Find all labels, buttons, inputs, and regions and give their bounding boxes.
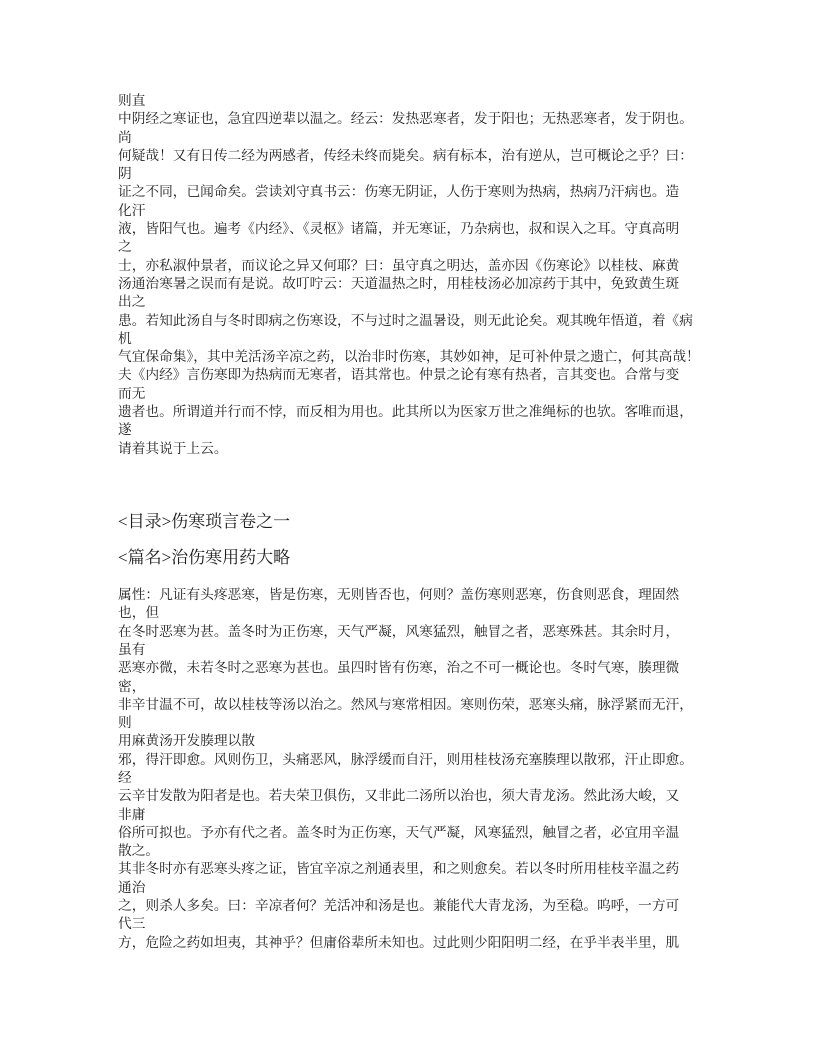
text-line: 阴 <box>118 165 708 183</box>
text-line: 气宜保命集》，其中羌活汤辛凉之药，以治非时伤寒，其妙如神，足可补仲景之遗亡，何其… <box>118 348 708 366</box>
blank-line <box>118 495 708 513</box>
text-line: 属性：凡证有头疼恶寒，皆是伤寒，无则皆否也，何则？盖伤寒则恶寒，伤食则恶食，理固… <box>118 586 708 604</box>
text-line: 汤通治寒暑之误而有是说。故叮咛云：天道温热之时，用桂枝汤必加凉药于其中，免致黄生… <box>118 275 708 293</box>
text-line: 非庸 <box>118 806 708 824</box>
text-line: 患。若知此汤自与冬时即病之伤寒设，不与过时之温暑设，则无此论矣。观其晚年悟道，着… <box>118 312 708 330</box>
blank-line <box>118 531 708 549</box>
text-line: 则直 <box>118 92 708 110</box>
document-page: 则直中阴经之寒证也，急宜四逆辈以温之。经云：发热恶寒者，发于阳也；无热恶寒者，发… <box>0 0 816 1056</box>
text-line: 液，皆阳气也。遍考《内经》、《灵枢》诸篇，并无寒证，乃杂病也，叔和误入之耳。守真… <box>118 220 708 238</box>
text-line: 虽有 <box>118 641 708 659</box>
text-line: 证之不同，已闻命矣。尝读刘守真书云：伤寒无阴证，人伤于寒则为热病，热病乃汗病也。… <box>118 183 708 201</box>
text-line: 何疑哉！又有日传二经为两感者，传经未终而毙矣。病有标本，治有逆从，岂可概论之乎？… <box>118 147 708 165</box>
text-line: 中阴经之寒证也，急宜四逆辈以温之。经云：发热恶寒者，发于阳也；无热恶寒者，发于阴… <box>118 110 708 128</box>
text-line: 也，但 <box>118 604 708 622</box>
text-line: 之，则杀人多矣。曰：辛凉者何？羌活冲和汤是也。兼能代大青龙汤，为至稳。呜呼，一方… <box>118 897 708 915</box>
text-line: 云辛甘发散为阳者是也。若夫荣卫俱伤，又非此二汤所以治也，须大青龙汤。然此汤大峻，… <box>118 787 708 805</box>
text-line: 代三 <box>118 915 708 933</box>
text-line: 请着其说于上云。 <box>118 440 708 458</box>
text-line: 散之。 <box>118 842 708 860</box>
blank-line <box>118 476 708 494</box>
document-text: 则直中阴经之寒证也，急宜四逆辈以温之。经云：发热恶寒者，发于阳也；无热恶寒者，发… <box>118 92 708 952</box>
text-line: 邪，得汗即愈。风则伤卫，头痛恶风，脉浮缓而自汗，则用桂枝汤充塞腠理以散邪，汗止即… <box>118 751 708 769</box>
text-line: 在冬时恶寒为甚。盖冬时为正伤寒，天气严凝，风寒猛烈，触冒之者，恶寒殊甚。其余时月… <box>118 623 708 641</box>
text-line: 出之 <box>118 293 708 311</box>
text-line: 士，亦私淑仲景者，而议论之异又何耶？曰：虽守真之明达，盖亦因《伤寒论》以桂枝、麻… <box>118 257 708 275</box>
text-line: 用麻黄汤开发腠理以散 <box>118 732 708 750</box>
text-line: 恶寒亦微，未若冬时之恶寒为甚也。虽四时皆有伤寒，治之不可一概论也。冬时气寒，腠理… <box>118 659 708 677</box>
blank-line <box>118 568 708 586</box>
text-line: 方，危险之药如坦夷，其神乎？但庸俗辈所未知也。过此则少阳阳明二经，在乎半表半里，… <box>118 934 708 952</box>
text-line: 则 <box>118 714 708 732</box>
text-line: 密， <box>118 678 708 696</box>
text-line: 通治 <box>118 879 708 897</box>
text-line: 之 <box>118 238 708 256</box>
text-line: 化汗 <box>118 202 708 220</box>
text-line: 遂 <box>118 421 708 439</box>
text-line: 夫《内经》言伤寒即为热病而无寒者，语其常也。仲景之论有寒有热者，言其变也。合常与… <box>118 366 708 384</box>
text-line: 尚 <box>118 129 708 147</box>
section-tag-line: <目录>伤寒琐言卷之一 <box>118 513 708 531</box>
blank-line <box>118 458 708 476</box>
text-line: 而无 <box>118 385 708 403</box>
section-tag-line: <篇名>治伤寒用药大略 <box>118 549 708 567</box>
text-line: 其非冬时亦有恶寒头疼之证，皆宜辛凉之剂通表里，和之则愈矣。若以冬时所用桂枝辛温之… <box>118 860 708 878</box>
text-line: 俗所可拟也。予亦有代之者。盖冬时为正伤寒，天气严凝，风寒猛烈，触冒之者，必宜用辛… <box>118 824 708 842</box>
text-line: 机 <box>118 330 708 348</box>
text-line: 遗者也。所谓道并行而不悖，而反相为用也。此其所以为医家万世之准绳标的也欤。客唯而… <box>118 403 708 421</box>
text-line: 非辛甘温不可，故以桂枝等汤以治之。然风与寒常相因。寒则伤荣，恶寒头痛，脉浮紧而无… <box>118 696 708 714</box>
text-line: 经 <box>118 769 708 787</box>
